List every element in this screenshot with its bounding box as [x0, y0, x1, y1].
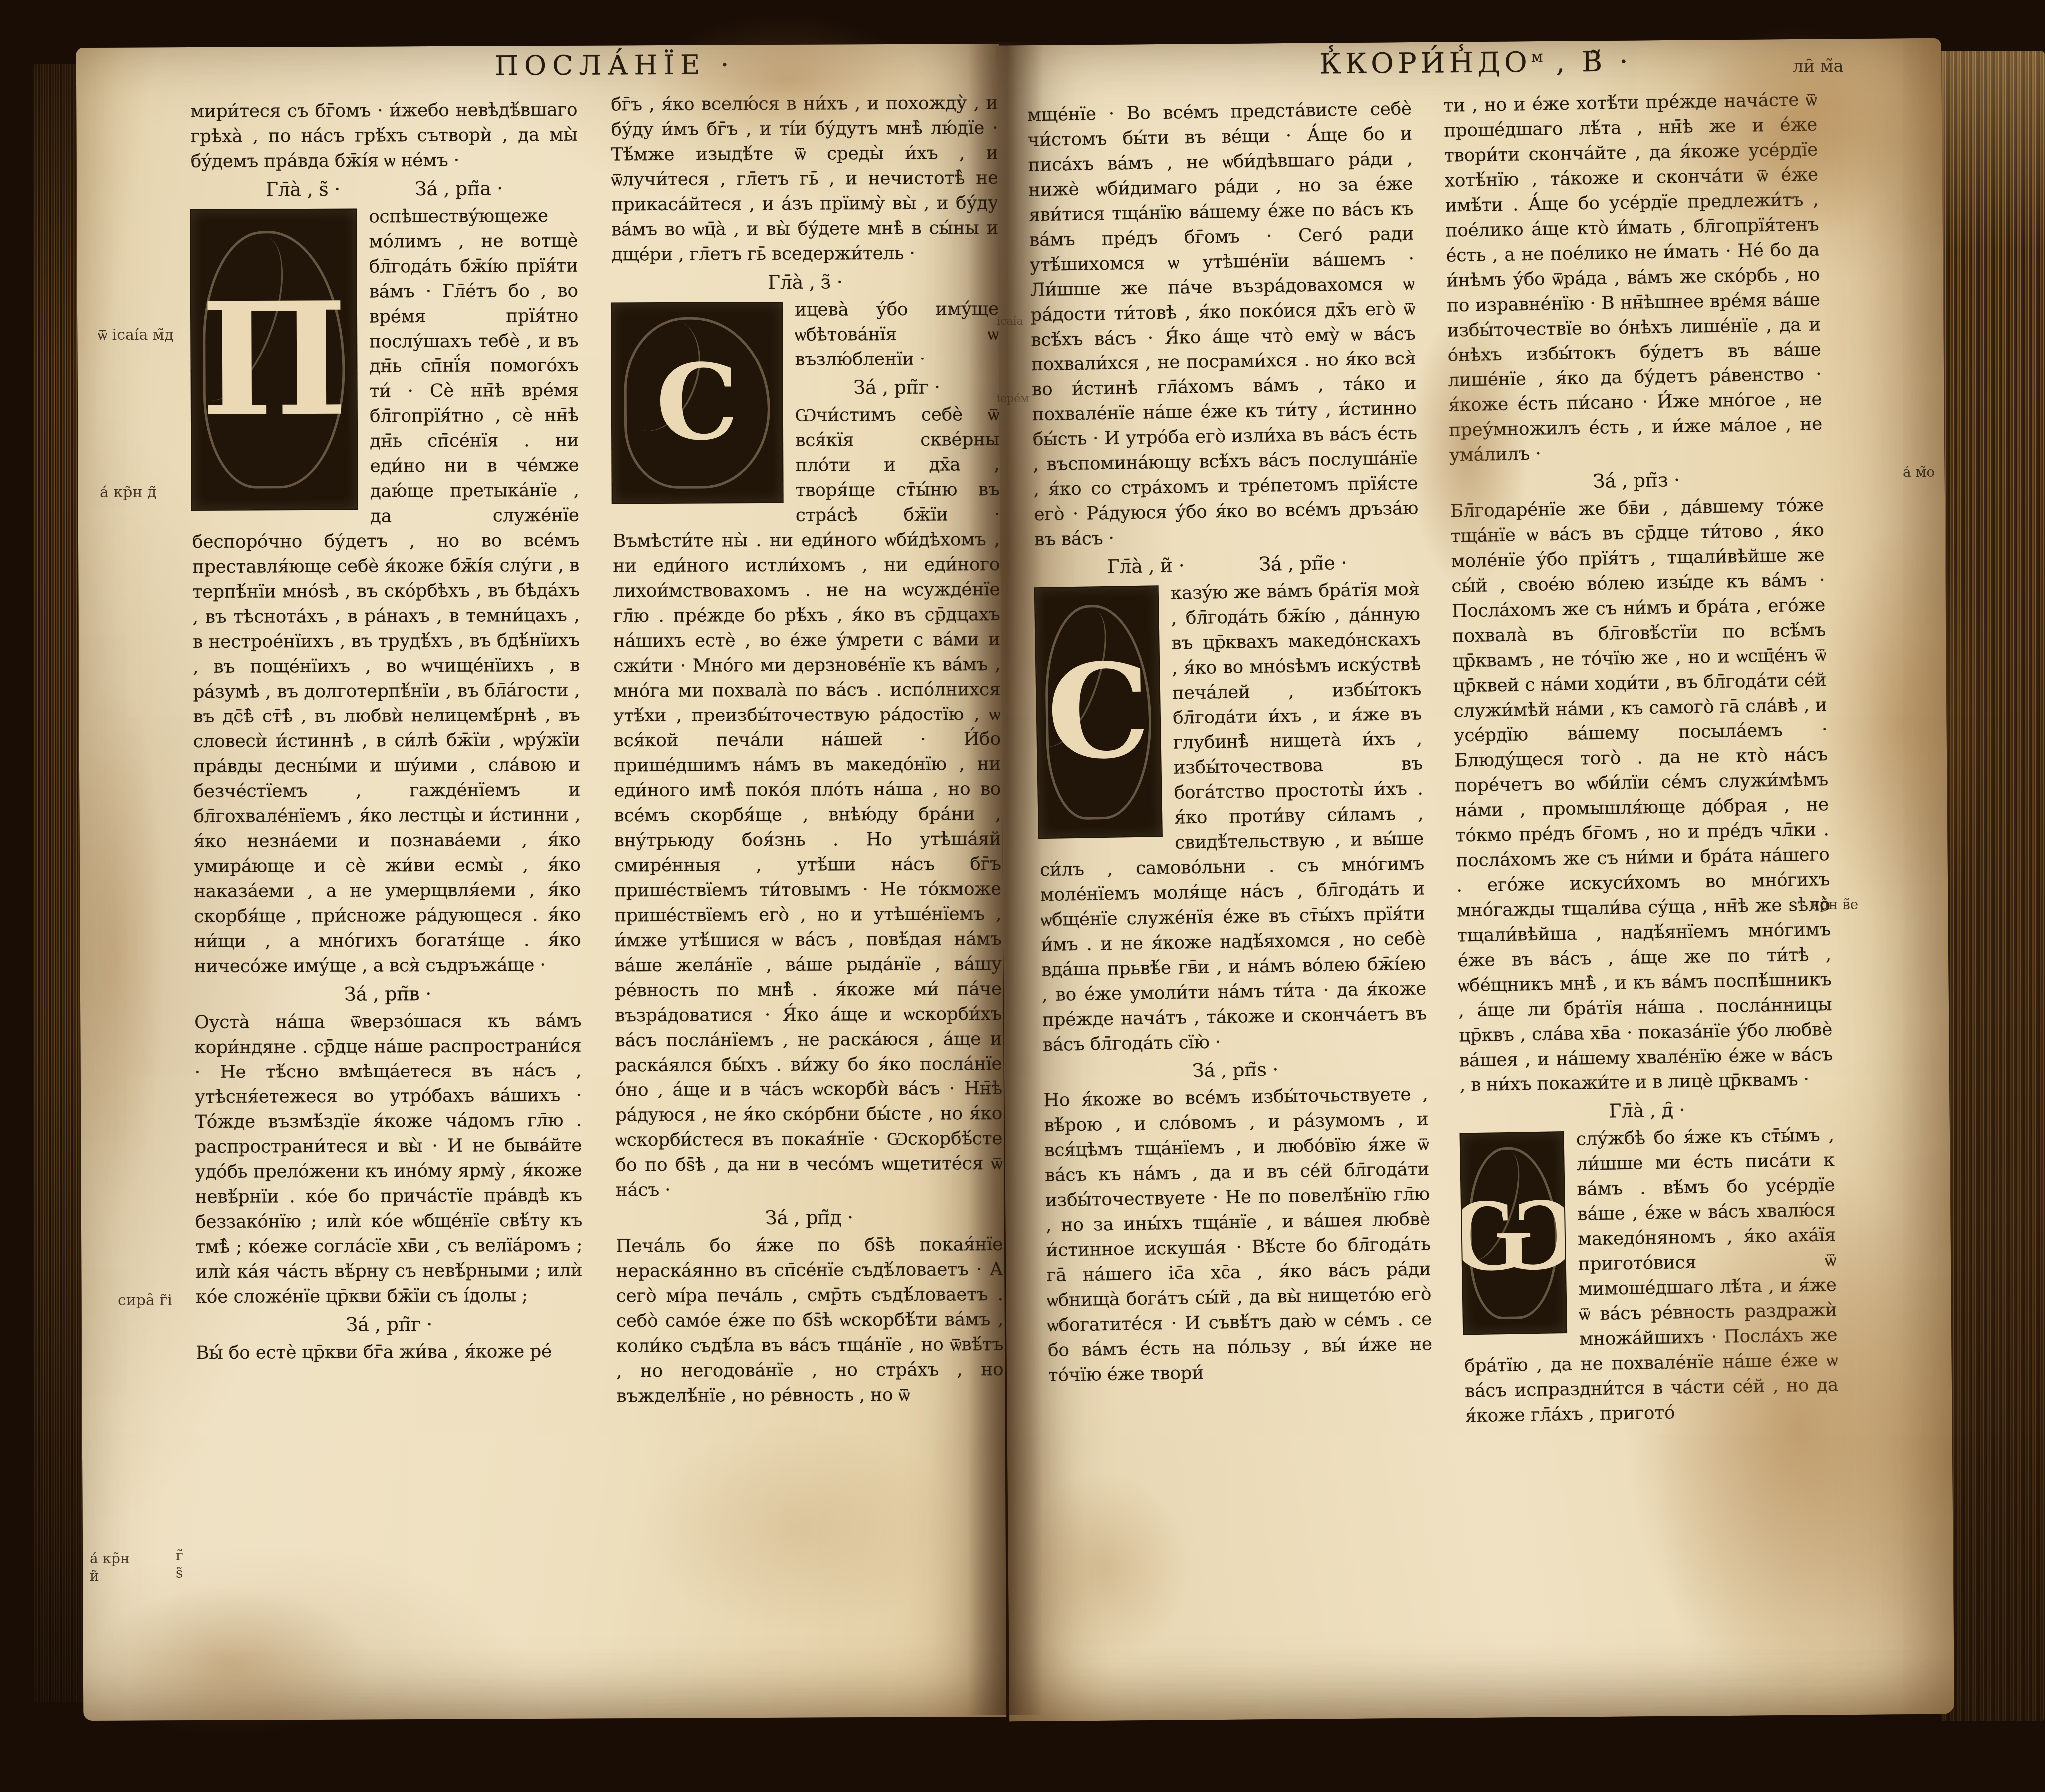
paragraph: Ѡчи́стимъ себѐ ѿ вся́кїя скве́рны пло́ти… [612, 402, 1003, 1203]
paragraph-with-initial: Сицева̀ у́бо иму́ще ѡбѣтова́нїя ѡ възлю́… [612, 297, 999, 373]
page-edges-left [33, 64, 82, 1702]
margin-note: сира̑ г̃і [118, 1291, 172, 1310]
margin-note: а́ кр̃н д̃ [100, 483, 156, 502]
running-head-right-text: К̾КОРИ́Н̾ДО [1319, 46, 1531, 80]
margin-note: а́ кр̃н и̃ [90, 1550, 130, 1585]
running-head-left: ПОСЛА́НЇЕ · [495, 49, 735, 81]
paragraph: Оуста̀ на́ша ѿверзо́шася къ ва́мъ кори́н… [194, 1009, 583, 1310]
margin-note: кр̃н в̃е [1811, 896, 1858, 913]
paragraph: Бл̄годаре́нїе же бв̄и , да́вшему то́же т… [1450, 493, 1833, 1098]
chapter-zachalo-heading: За́ , рп̃в · [194, 978, 581, 1010]
margin-note: а́ м̃о [1903, 463, 1935, 481]
paragraph: Но я́коже во все́мъ избы́точьствуете , в… [1043, 1082, 1433, 1388]
gutter-shadow [968, 42, 1043, 1715]
paragraph: мири́теся съ бг̄омъ · и́жебо невѣдѣ́вшаг… [190, 98, 578, 174]
book: ПОСЛА́НЇЕ · мири́теся съ бг̄омъ · и́жебо… [0, 0, 2045, 1792]
running-head-right: К̾КОРИ́Н̾ДОм , В̃ · [1236, 45, 1715, 81]
running-head-right-tail: , В̃ · [1543, 45, 1632, 78]
margin-note: ѿ ісаі́а м̃д [98, 326, 174, 345]
chapter-zachalo-heading: За́ , рп̃д · [616, 1201, 1003, 1234]
chapter-zachalo-heading: Гл̄а̀ , ѕ̃ ·За́ , рп̃а · [191, 173, 578, 205]
ornate-initial-С: С [612, 303, 783, 503]
text-column-3: мще́нїе · Во все́мъ предста́висте себѐ ч… [1027, 97, 1433, 1388]
left-page: ПОСЛА́НЇЕ · мири́теся съ бг̄омъ · и́жебо… [76, 44, 1007, 1721]
paragraph-with-initial: Поспѣшеству́ющеже мо́лимъ , не вотщѐ бл̄… [191, 204, 581, 979]
chapter-zachalo-heading: Гл̄а̀ , з̃ · [612, 266, 999, 298]
paragraph: бг̄ъ , я́ко вселю́ся в ни́хъ , и похожду… [611, 91, 999, 267]
running-head-superscript: м [1531, 48, 1543, 66]
paragraph: ти , но и е́же хотѣ́ти пре́жде нача́сте … [1443, 87, 1823, 468]
text-column-1: мири́теся съ бг̄омъ · и́жебо невѣдѣ́вшаг… [190, 98, 583, 1366]
ornate-initial-Ѡ: Ѡ [1461, 1132, 1567, 1334]
margin-note: ли̑ м̃а [1793, 56, 1844, 77]
margin-note: г̃ ѕ̃ [176, 1547, 183, 1582]
ornate-initial-П: П [191, 210, 357, 510]
ornate-initial-С: С [1035, 586, 1162, 838]
chapter-zachalo-heading: За́ , рп̃г · [196, 1308, 583, 1341]
text-column-4: ти , но и е́же хотѣ́ти пре́жде нача́сте … [1443, 87, 1839, 1429]
paragraph: Вы́ бо естѐ цр̄кви бг̄а жи́ва , я́коже р… [196, 1339, 583, 1366]
text-column-2: бг̄ъ , я́ко вселю́ся в ни́хъ , и похожду… [611, 91, 1003, 1409]
margin-note: іере́м [997, 392, 1029, 406]
page-edges-right [1941, 51, 2045, 1721]
paragraph: мще́нїе · Во все́мъ предста́висте себѐ ч… [1027, 97, 1419, 553]
open-book-photo: ПОСЛА́НЇЕ · мири́теся съ бг̄омъ · и́жебо… [0, 0, 2045, 1792]
paragraph: Печа́ль бо я́же по бѕ̄ѣ покая́нїе нераск… [616, 1232, 1004, 1409]
right-page: К̾КОРИ́Н̾ДОм , В̃ · мще́нїе · Во все́мъ … [996, 38, 1954, 1722]
margin-note: ісаі́а [997, 315, 1023, 329]
paragraph-with-initial: Ѡслу́жбѣ бо я́же къ ст̄ы́мъ , ли́шше ми … [1460, 1123, 1839, 1429]
paragraph-with-initial: Сказу́ю же ва́мъ бра́тїя моя̀ , бл̄года́… [1035, 577, 1427, 1058]
